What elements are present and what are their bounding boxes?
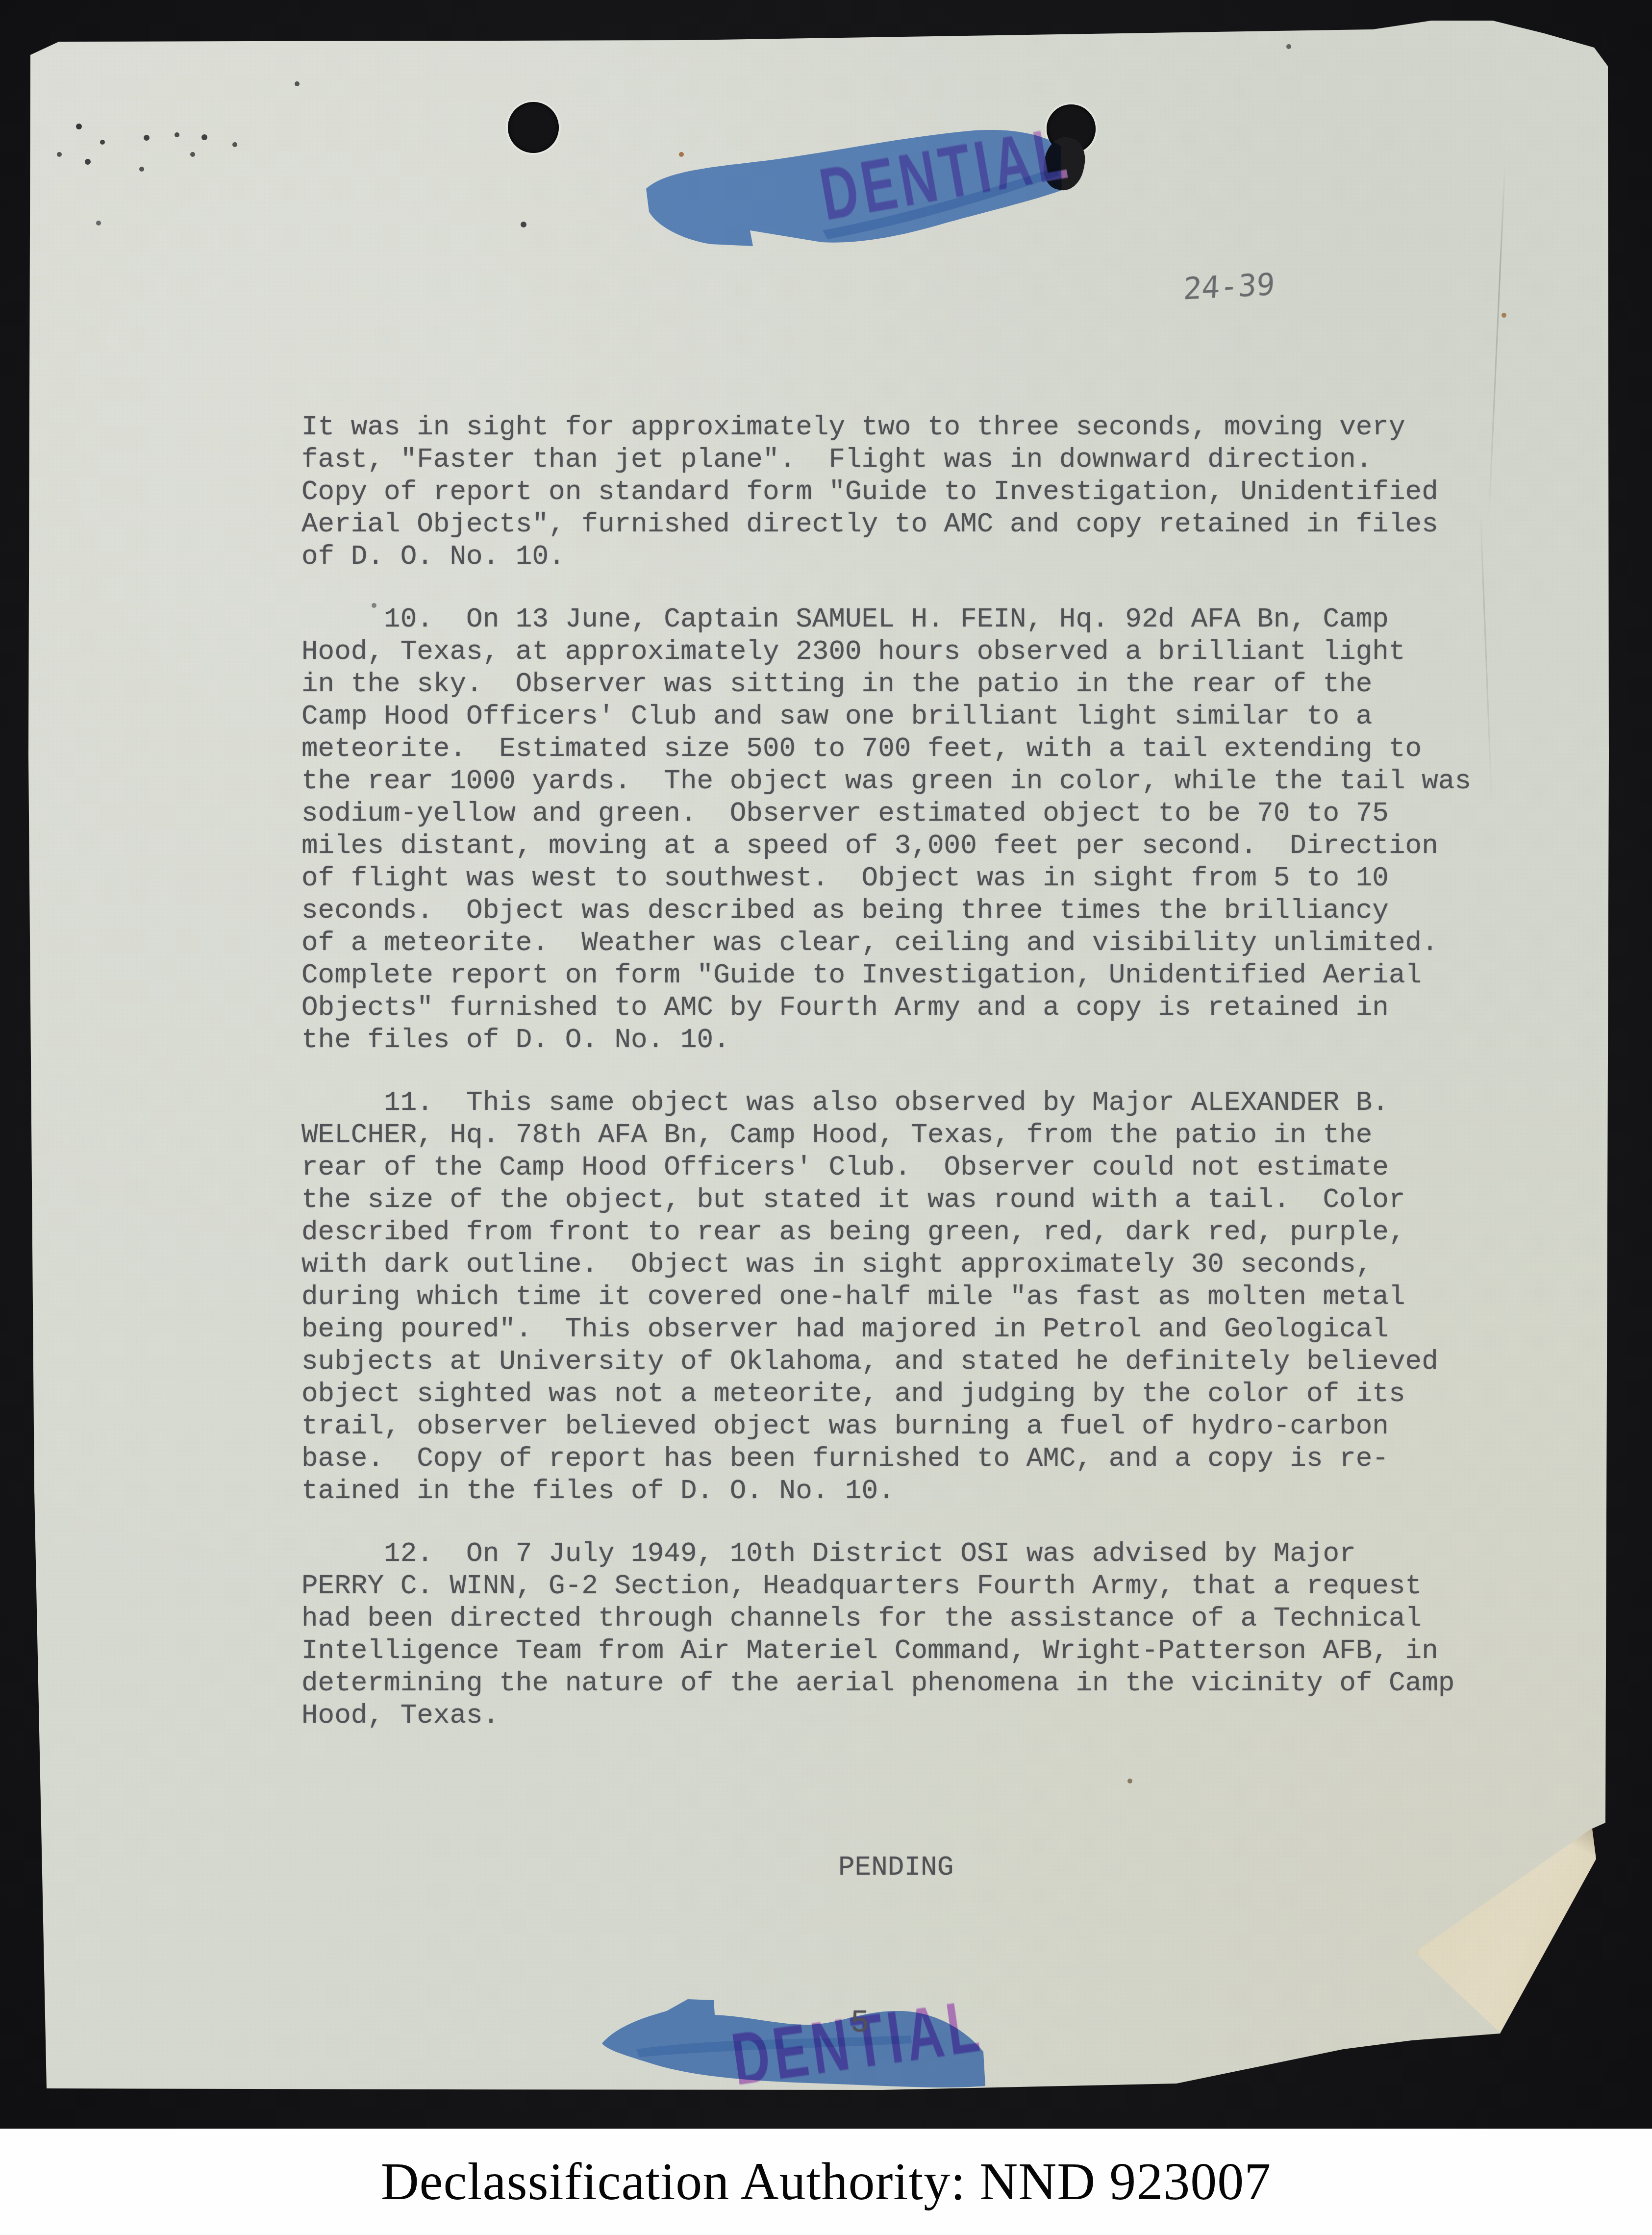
paragraph-item-11: 11. This same object was also observed b…	[301, 1086, 1507, 1507]
footer-bar: Declassification Authority: NND 923007	[0, 2129, 1652, 2235]
declassification-authority: Declassification Authority: NND 923007	[381, 2152, 1272, 2212]
paragraph-item-10: 10. On 13 June, Captain SAMUEL H. FEIN, …	[301, 603, 1507, 1056]
paragraph-continuation: It was in sight for approximately two to…	[301, 411, 1507, 573]
scanned-page: DENTIAL DENTIAL 24-39 It was in sight fo…	[28, 20, 1624, 2091]
ink-specks	[28, 20, 31, 23]
page-number: 5	[851, 2006, 869, 2041]
scan-backdrop: DENTIAL DENTIAL 24-39 It was in sight fo…	[0, 0, 1652, 2235]
catalog-number: 24-39	[1182, 266, 1276, 307]
paragraph-item-12: 12. On 7 July 1949, 10th District OSI wa…	[301, 1537, 1507, 1732]
pending-status: PENDING	[838, 1852, 953, 1883]
typed-body: It was in sight for approximately two to…	[301, 411, 1507, 1762]
